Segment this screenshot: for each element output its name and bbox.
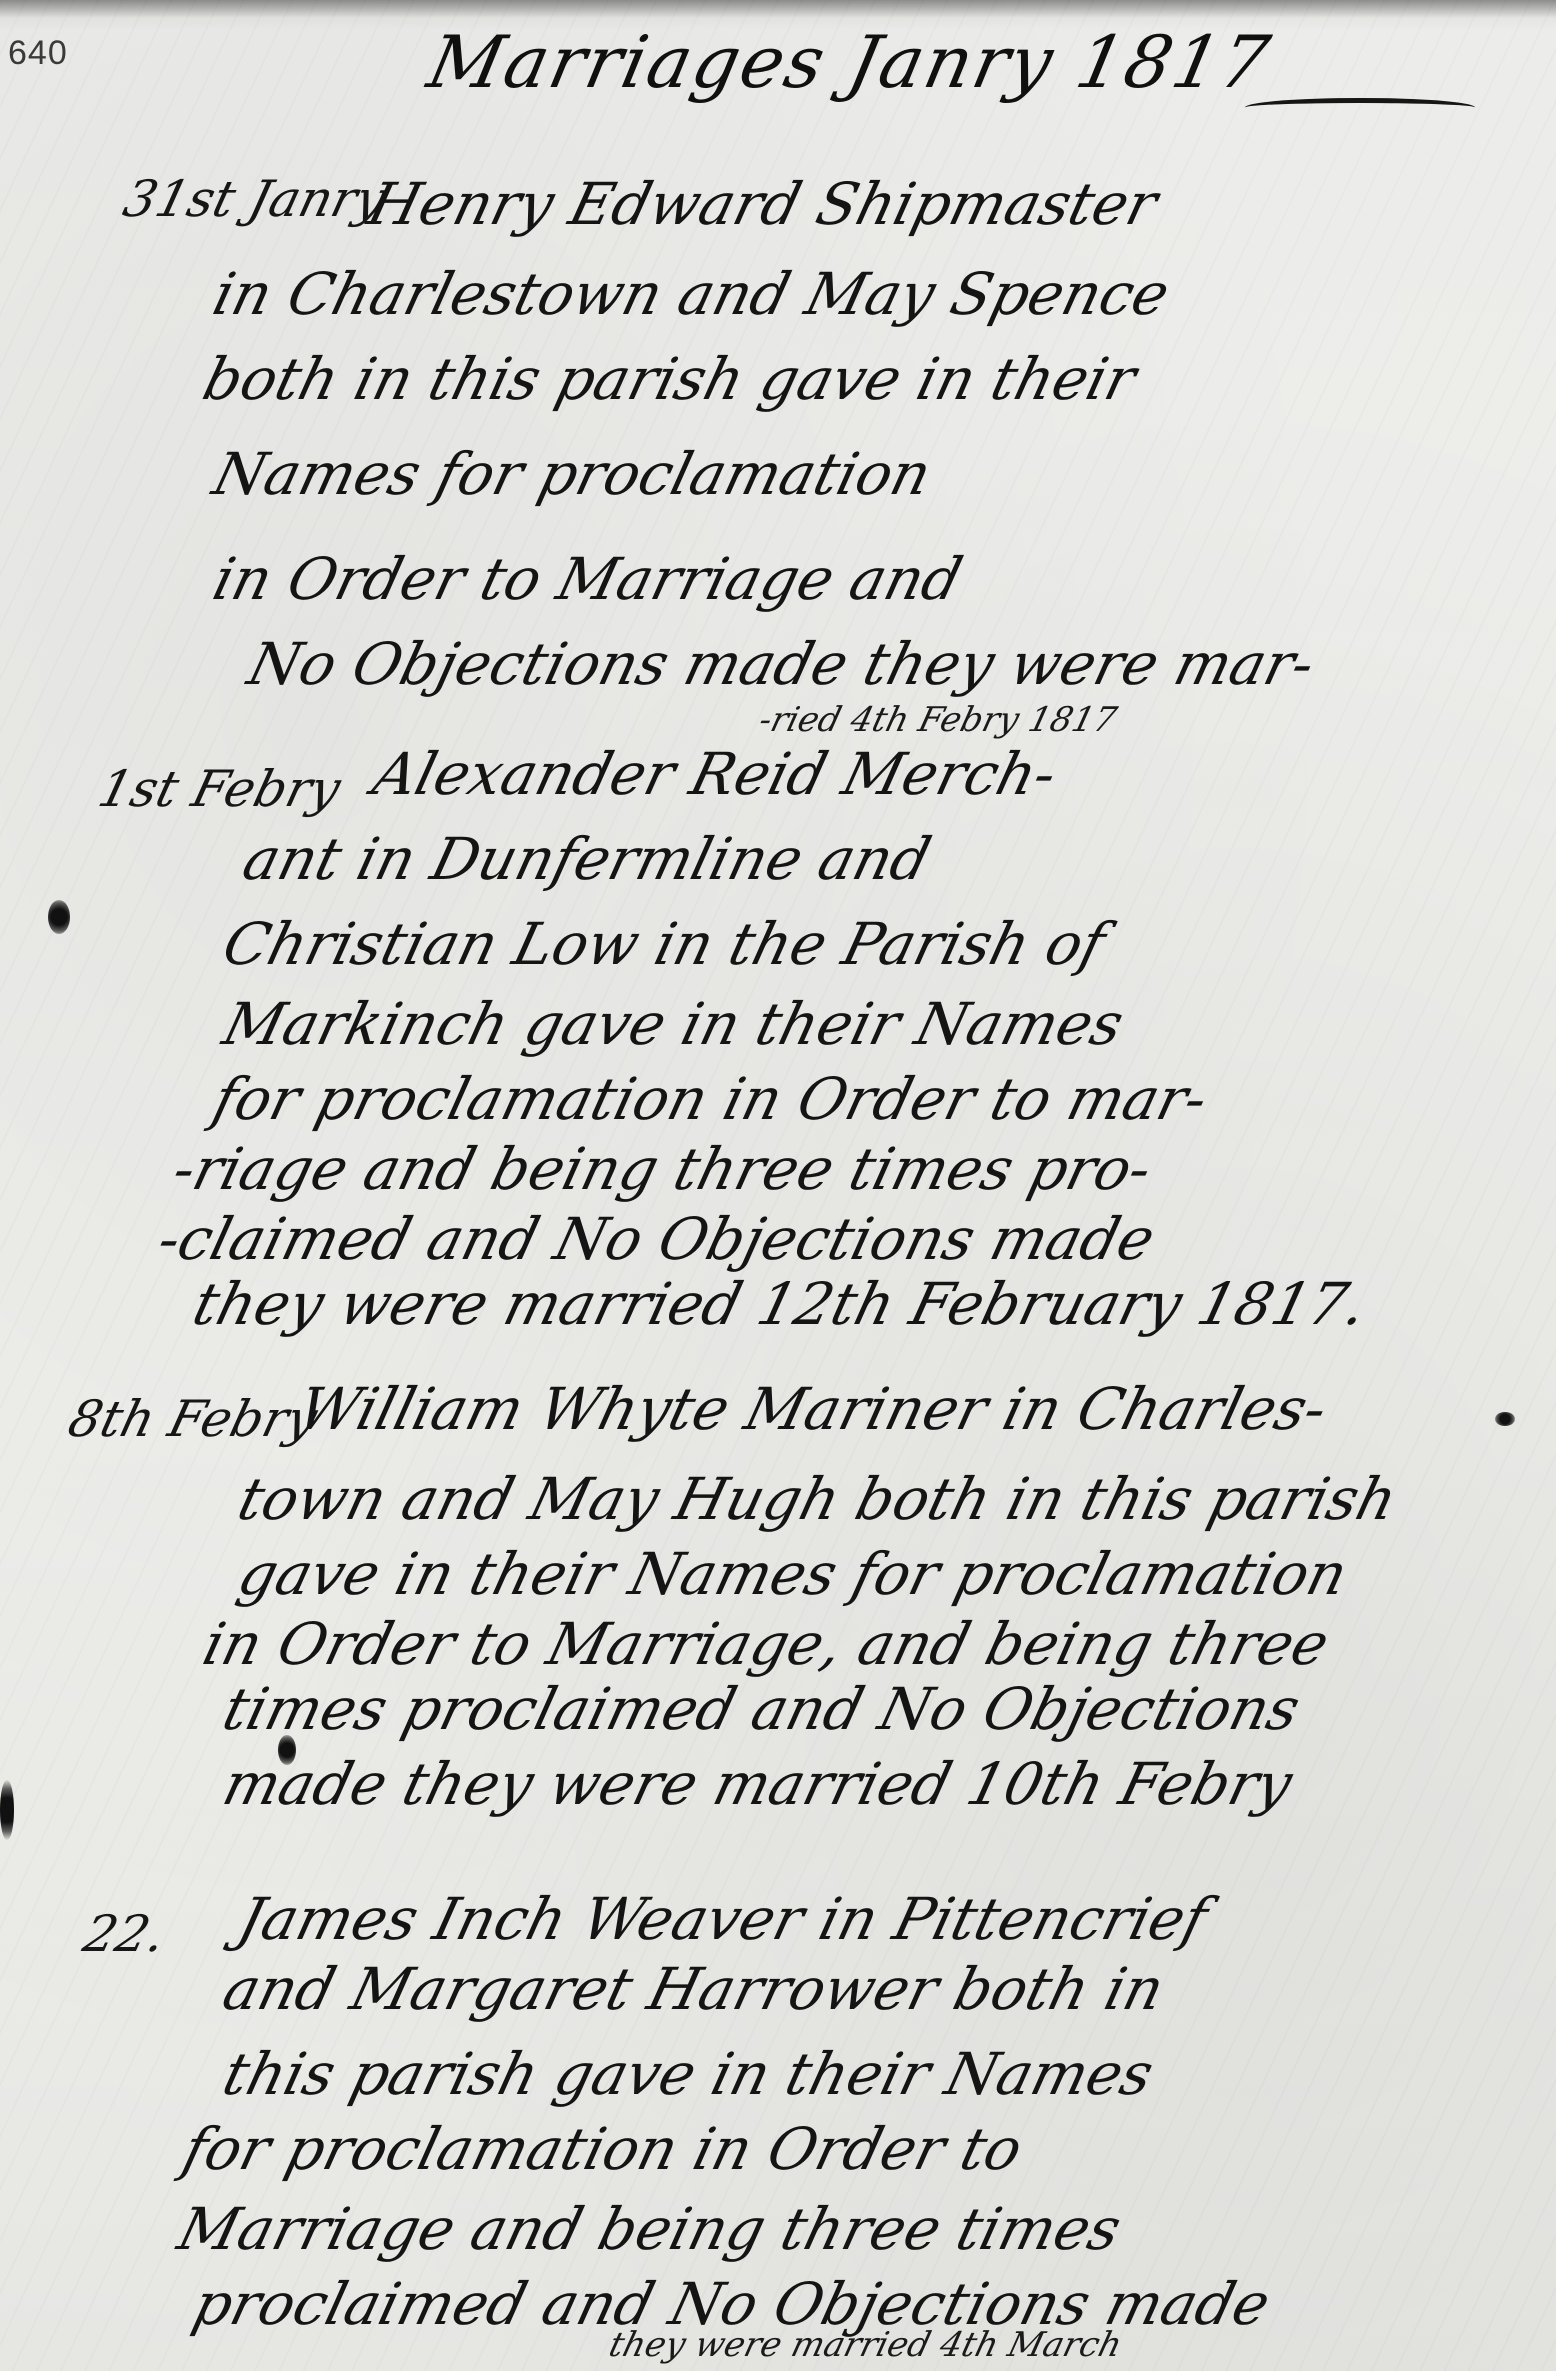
ink-blot [0,1780,14,1840]
entry-line: James Inch Weaver in Pittencrief [233,1890,1213,1948]
entry-line: this parish gave in their Names [218,2045,1159,2103]
ink-blot [1495,1412,1515,1426]
ink-blot [48,900,70,934]
entry-line: and Margaret Harrower both in [218,1960,1170,2018]
entry-interlinear-note: they were married 4th March [605,2325,1126,2365]
entry-line: Marriage and being three times [173,2200,1127,2258]
register-page: 640 Marriages Janry 1817 31st Janry Henr… [0,0,1556,2371]
ink-blot [278,1735,296,1765]
entry-line: for proclamation in Order to [178,2120,1028,2178]
marriage-entry-4: 22. James Inch Weaver in Pittencrief and… [0,0,1556,2371]
entry-date: 22. [78,1905,172,1963]
